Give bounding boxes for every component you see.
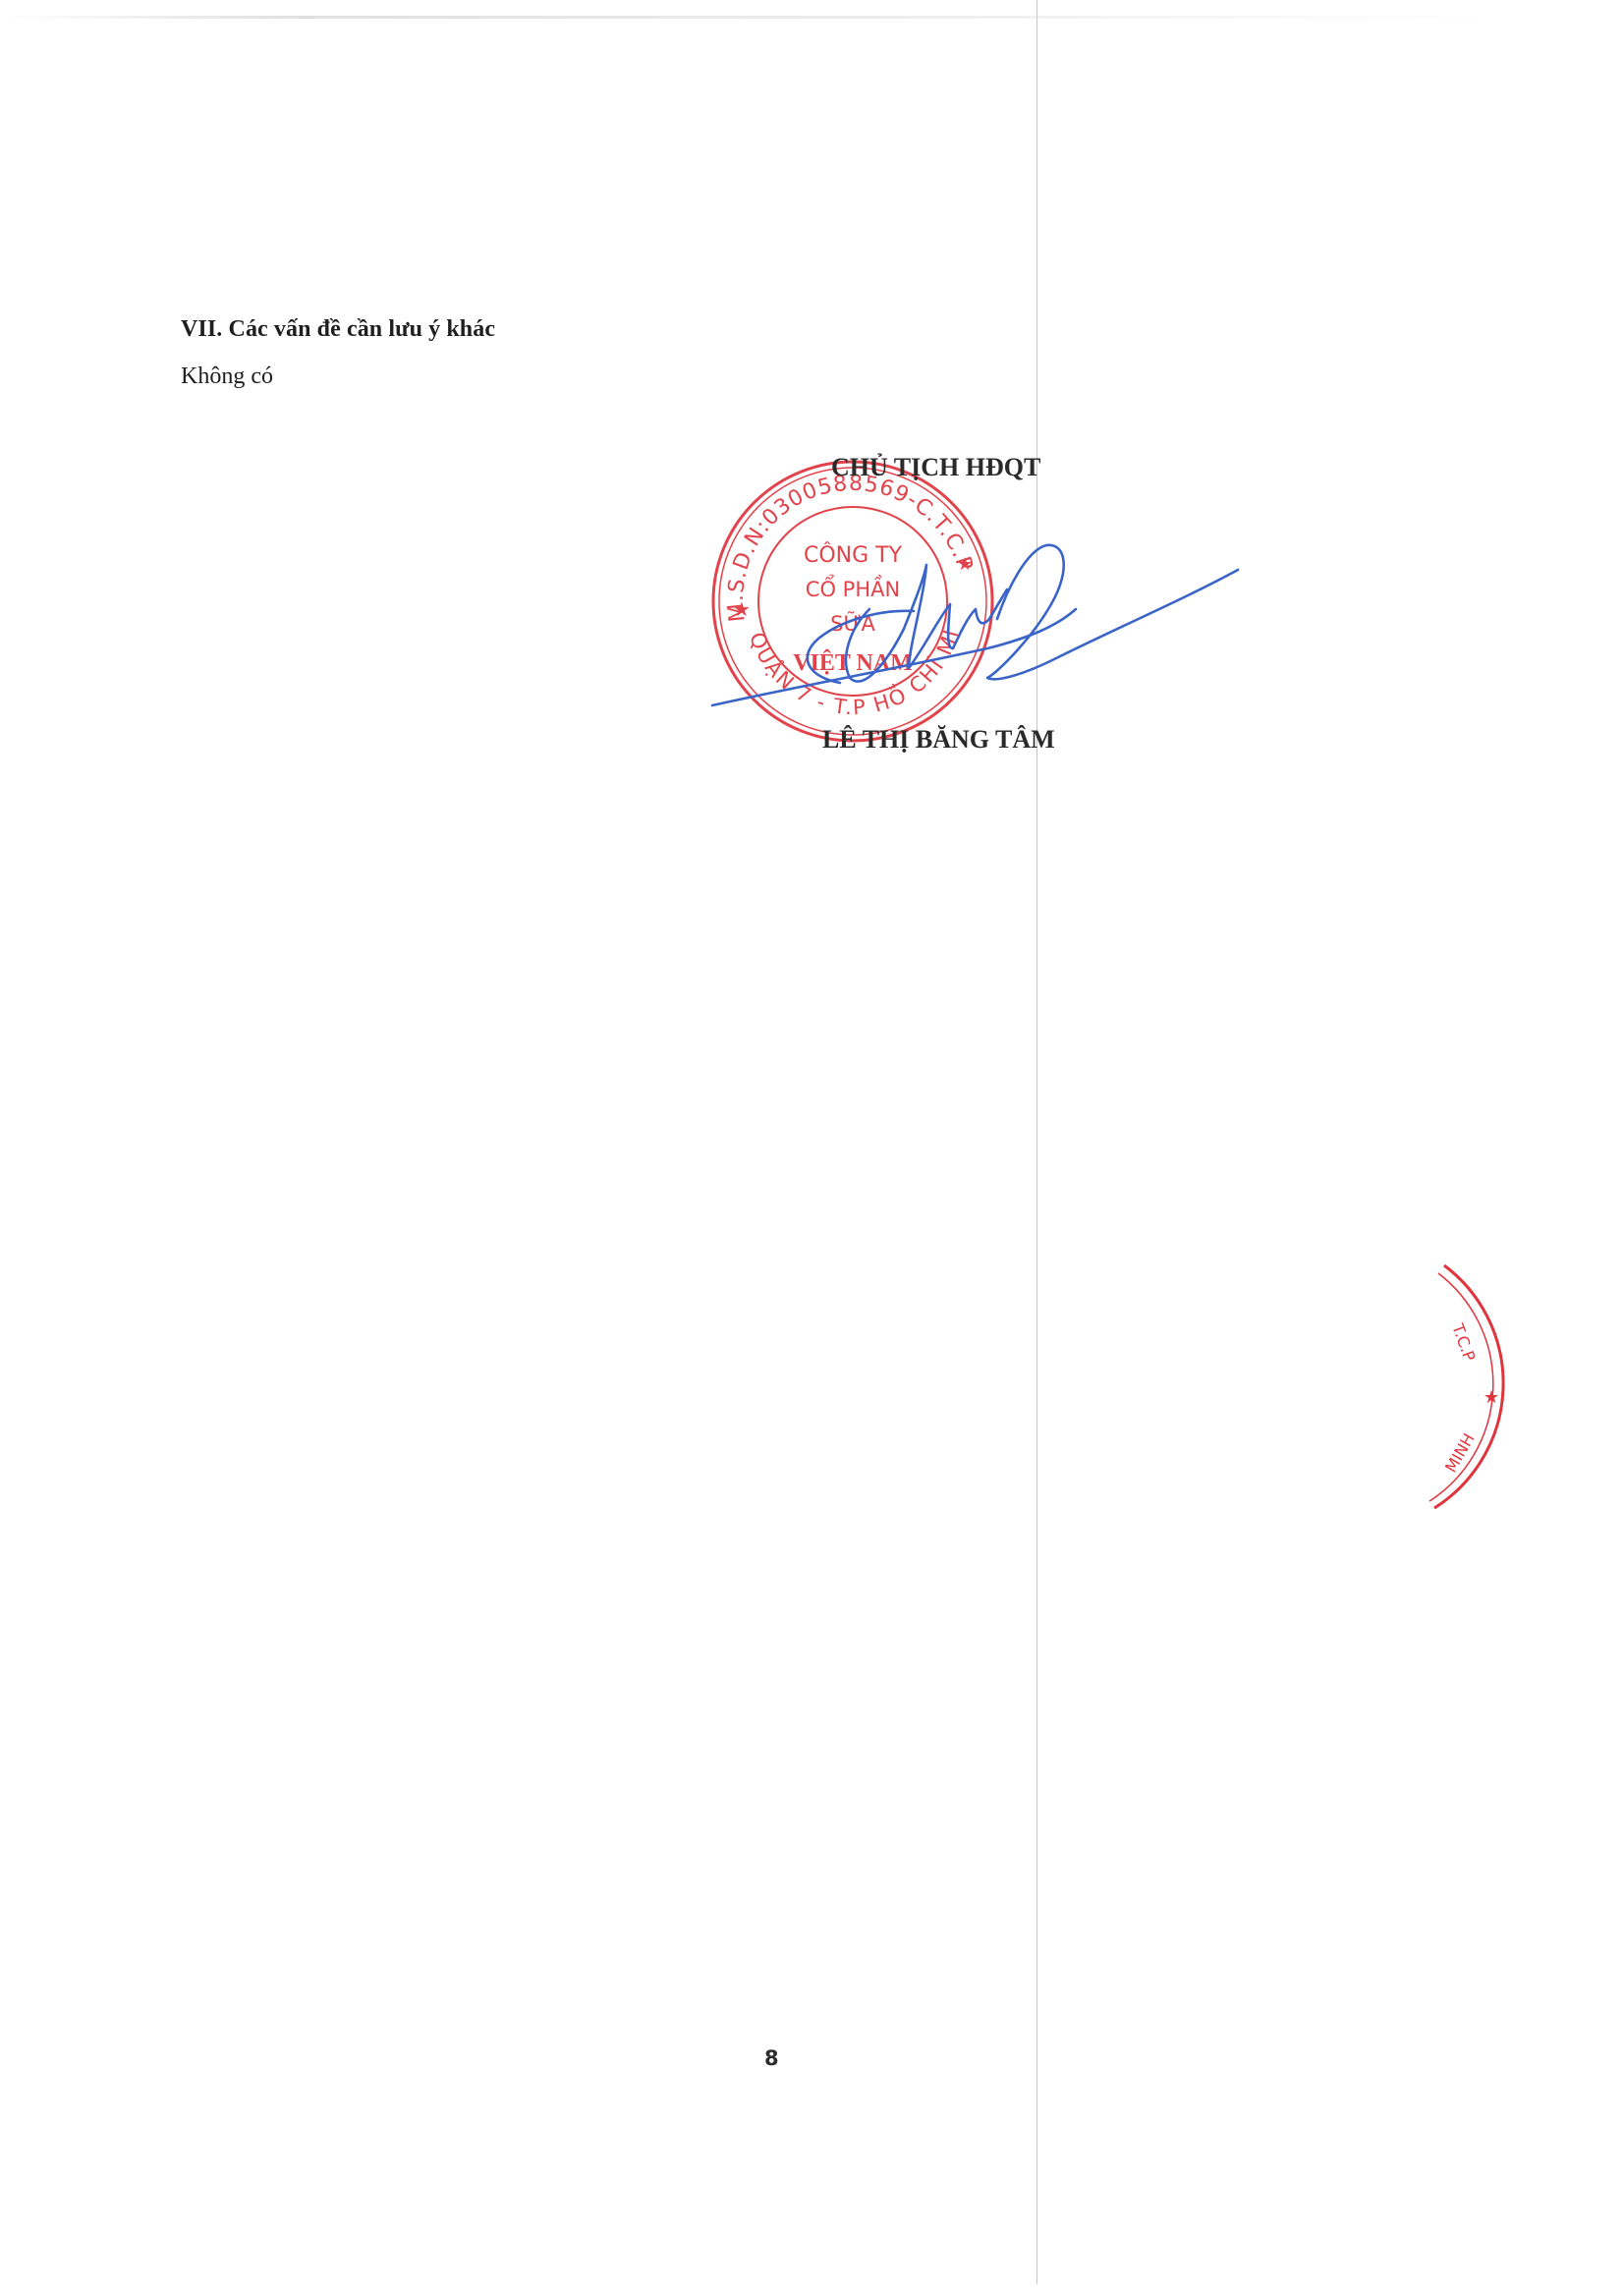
side-seal-top-text: T.C.P: [1448, 1320, 1480, 1364]
side-seal-star-icon: ★: [1484, 1387, 1499, 1408]
page-overlap-seal-stamp: T.C.P ★ MINH: [1415, 1258, 1523, 1513]
signatory-name: LÊ THỊ BĂNG TÂM: [822, 725, 1055, 755]
section-heading: VII. Các vấn đề cần lưu ý khác: [181, 316, 495, 343]
scan-artifact-line: [0, 16, 1493, 19]
page-number: 8: [764, 2046, 779, 2070]
section-body-text: Không có: [181, 364, 273, 390]
signatory-title: CHỦ TỊCH HĐQT: [831, 453, 1040, 482]
handwritten-signature: [702, 511, 1248, 727]
scan-fold-line: [1036, 0, 1037, 2284]
side-seal-bottom-text: MINH: [1441, 1430, 1479, 1476]
